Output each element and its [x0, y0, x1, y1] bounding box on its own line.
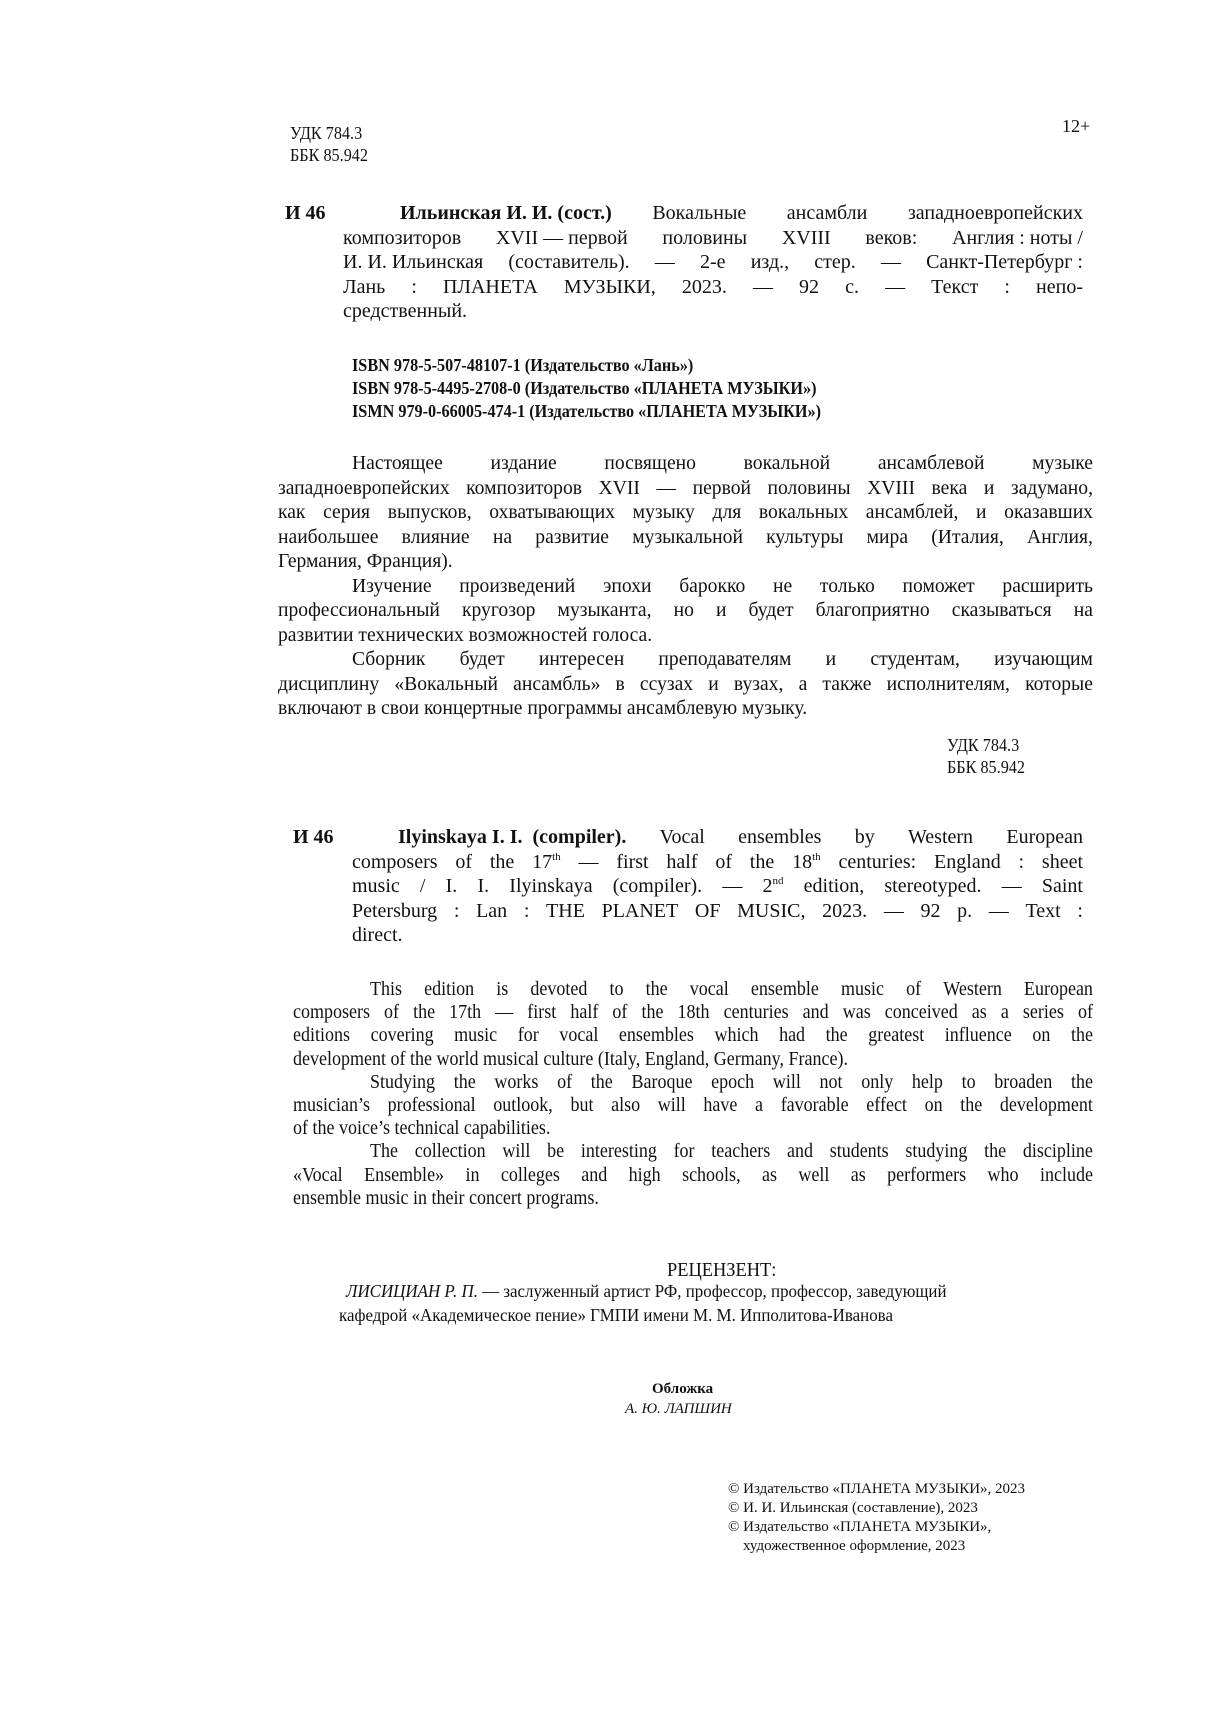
en-abstract-line: ensemble music in their concert programs…: [293, 1186, 1093, 1211]
ru-abstract-line: западноевропейскихкомпозиторовXVII—перво…: [278, 476, 1093, 501]
footer-bbk: ББК 85.942: [947, 757, 1025, 778]
ru-abstract-line: профессиональныйкругозормузыканта,ноибуд…: [278, 598, 1093, 623]
ru-entry-line: Ильинская И. И. (сост.)Вокальныеансамбли…: [400, 201, 1083, 226]
ru-abstract-line: Изучениепроизведенийэпохибарокконетолько…: [352, 574, 1093, 599]
en-entry-line: Petersburg:Lan:THEPLANETOFMUSIC,2023.—92…: [352, 899, 1083, 924]
ru-abstract-line: дисциплину«Вокальныйансамбль»вссузахивуз…: [278, 672, 1093, 697]
copyright-line-4: художественное оформление, 2023: [743, 1537, 965, 1555]
en-abstract-line: Thecollectionwillbeinterestingforteacher…: [370, 1139, 1093, 1164]
cover-label: Обложка: [652, 1380, 713, 1398]
en-abstract-line: StudyingtheworksoftheBaroqueepochwillnot…: [370, 1070, 1093, 1095]
reviewer-line-1: ЛИСИЦИАН Р. П. — заслуженный артист РФ, …: [346, 1281, 1042, 1302]
reviewer-line-2: кафедрой «Академическое пение» ГМПИ имен…: [339, 1305, 893, 1326]
en-entry-line: composers of the 17th — first half of th…: [352, 850, 1083, 875]
cover-artist: А. Ю. ЛАПШИН: [625, 1400, 732, 1418]
en-abstract-line: «VocalEnsemble»incollegesandhighschools,…: [293, 1163, 1093, 1188]
copyright-line-3: © Издательство «ПЛАНЕТА МУЗЫКИ»,: [728, 1518, 991, 1536]
en-abstract-line: musician’sprofessionaloutlook,butalsowil…: [293, 1093, 1093, 1118]
en-abstract-line: Thiseditionisdevotedtothevocalensemblemu…: [370, 977, 1093, 1002]
footer-udk: УДК 784.3: [947, 735, 1019, 756]
en-entry-line: Ilyinskaya I. I. (compiler).Vocalensembl…: [398, 825, 1083, 850]
ru-entry-line: композиторовXVII — первойполовиныXVIIIве…: [343, 226, 1083, 251]
isbn-line: ISMN 979-0-66005-474-1 (Издательство «ПЛ…: [352, 401, 821, 422]
ru-entry-line: Лань:ПЛАНЕТАМУЗЫКИ,2023.—92с.—Текст:непо…: [343, 275, 1083, 300]
reviewer-heading: РЕЦЕНЗЕНТ:: [667, 1258, 776, 1283]
en-entry-code: И 46: [293, 825, 334, 850]
ru-abstract-line: развитии технических возможностей голоса…: [278, 623, 1093, 648]
en-abstract-line: composersofthe17th—firsthalfofthe18thcen…: [293, 1000, 1093, 1025]
isbn-line: ISBN 978-5-507-48107-1 (Издательство «Ла…: [352, 355, 693, 376]
en-entry-line: music / I. I. Ilyinskaya (compiler). — 2…: [352, 874, 1083, 899]
ru-abstract-line: Настоящееизданиепосвященовокальнойансамб…: [352, 451, 1093, 476]
header-bbk: ББК 85.942: [290, 145, 368, 166]
copyright-line-1: © Издательство «ПЛАНЕТА МУЗЫКИ», 2023: [728, 1480, 1025, 1498]
ru-entry-line: И. И. Ильинская(составитель).—2-еизд.,ст…: [343, 250, 1083, 275]
en-abstract-line: editionscoveringmusicforvocalensembleswh…: [293, 1023, 1093, 1048]
ru-abstract-line: наибольшеевлияниенаразвитиемузыкальнойку…: [278, 525, 1093, 550]
ru-abstract-line: Германия, Франция).: [278, 549, 1093, 574]
en-abstract-line: development of the world musical culture…: [293, 1047, 1093, 1072]
age-rating: 12+: [1062, 116, 1090, 137]
ru-abstract-line: Сборникбудетинтересенпреподавателямистуд…: [352, 647, 1093, 672]
reviewer-name: ЛИСИЦИАН Р. П.: [346, 1281, 478, 1301]
isbn-line: ISBN 978-5-4495-2708-0 (Издательство «ПЛ…: [352, 378, 817, 399]
reviewer-title: — заслуженный артист РФ, профессор, проф…: [478, 1281, 947, 1301]
ru-abstract-line: включают в свои концертные программы анс…: [278, 696, 1093, 721]
ru-entry-line: средственный.: [343, 299, 1083, 324]
ru-abstract-line: каксериявыпусков,охватывающихмузыкудляво…: [278, 500, 1093, 525]
header-udk: УДК 784.3: [290, 123, 362, 144]
copyright-line-2: © И. И. Ильинская (составление), 2023: [728, 1499, 978, 1517]
ru-entry-code: И 46: [285, 201, 326, 226]
en-entry-line: direct.: [352, 923, 1083, 948]
en-abstract-line: of the voice’s technical capabilities.: [293, 1116, 1093, 1141]
